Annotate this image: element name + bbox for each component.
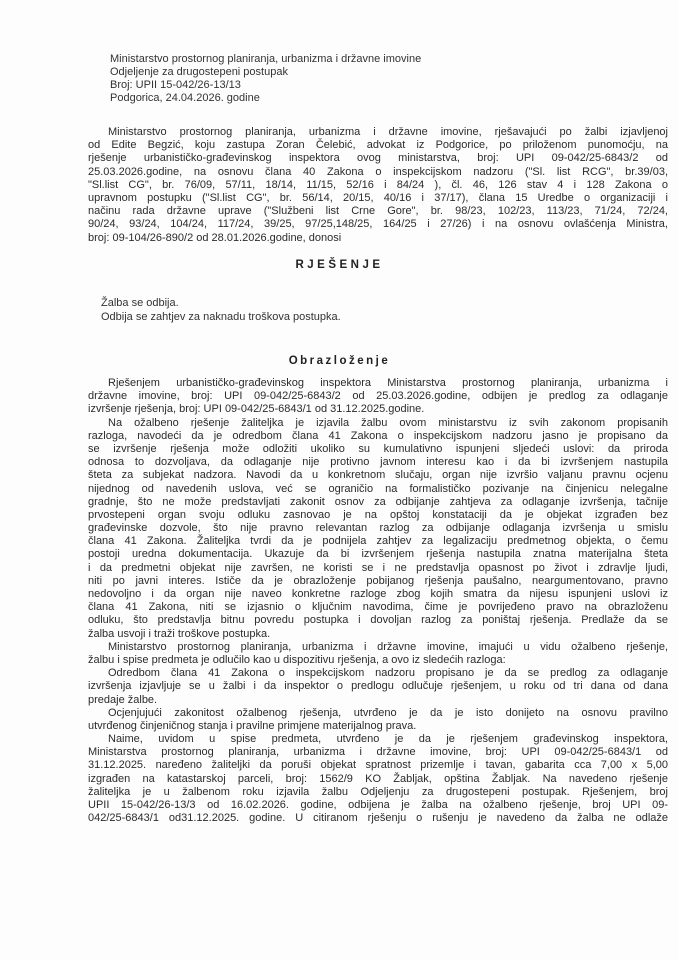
text-line: žalbu i spise predmeta je odlučilo kao u…: [88, 654, 668, 667]
document-header: Ministarstvo prostornog planiranja, urba…: [110, 53, 421, 105]
text-line: Ministarstvo prostornog planiranja, urba…: [88, 126, 668, 139]
dispositive-item: Žalba se odbija.: [101, 296, 341, 310]
text-line: predaje žalbe.: [88, 694, 668, 707]
text-line: utvrđenog činjeničnog stanja i pravilne …: [88, 720, 668, 733]
text-line: se izvršenje rješenja može odložiti ukol…: [88, 443, 668, 456]
text-line: upravnom postupku ("Sl.list CG", br. 56/…: [88, 192, 668, 205]
text-line: Ministarstvo prostornog planiranja, urba…: [88, 641, 668, 654]
text-line: UPII 15-042/26-13/3 od 16.02.2026. godin…: [88, 799, 668, 812]
reasoning-title: Obrazloženje: [0, 355, 679, 367]
text-line: razloga, navodeći da je odredbom člana 4…: [88, 430, 668, 443]
text-line: Na ožalbeno rješenje žaliteljka je izjav…: [88, 417, 668, 430]
text-line: nijednog od navedenih uslova, već se ogr…: [88, 483, 668, 496]
text-line: 042/25-6843/1 od31.12.2025. godine. U ci…: [88, 812, 668, 825]
dispositive-item: Odbija se zahtjev za naknadu troškova po…: [101, 310, 341, 324]
text-line: Ocjenjujući zakonitost ožalbenog rješenj…: [88, 707, 668, 720]
header-case-number: Broj: UPII 15-042/26-13/13: [110, 79, 421, 92]
text-line: člana 41 Zakona. Žaliteljka tvrdi da je …: [88, 535, 668, 548]
text-line: gradnje, što ne može predstavljati zakon…: [88, 496, 668, 509]
text-line: rješenje urbanističko-građevinskog inspe…: [88, 152, 668, 165]
decision-title: RJEŠENJE: [0, 259, 679, 271]
header-ministry: Ministarstvo prostornog planiranja, urba…: [110, 53, 421, 66]
document-page: Ministarstvo prostornog planiranja, urba…: [0, 0, 679, 960]
text-line: Ministarstva prostornog planiranja, urba…: [88, 746, 668, 759]
text-line: državne imovine, broj: UPI 09-042/25-684…: [88, 390, 668, 403]
text-line: člana 41 Zakona, niti se izjasnio o klju…: [88, 601, 668, 614]
text-line: od Edite Begzić, koju zastupa Zoran Čele…: [88, 139, 668, 152]
text-line: niti po javni interes. Ističe da je obra…: [88, 575, 668, 588]
text-line: izvršenje rješenja, broj: UPI 09-042/25-…: [88, 403, 668, 416]
reasoning-body: Rješenjem urbanističko-građevinskog insp…: [88, 377, 668, 825]
text-line: 25.03.2026.godine, na osnovu člana 40 Za…: [88, 166, 668, 179]
text-line: i da predmetni objekat nije završen, ne …: [88, 562, 668, 575]
text-line: broj: 09-104/26-890/2 od 28.01.2026.godi…: [88, 232, 668, 245]
text-line: nedovoljno i da organ nije naveo konkret…: [88, 588, 668, 601]
text-line: 90/24, 93/24, 104/24, 117/24, 39/25, 97/…: [88, 218, 668, 231]
text-line: načinu rada državne uprave ("Službeni li…: [88, 205, 668, 218]
text-line: šteta za subjekat nadzora. Navodi da u k…: [88, 469, 668, 482]
text-line: Odredbom člana 41 Zakona o inspekcijskom…: [88, 667, 668, 680]
text-line: izvršenja izjavljuje se u žalbi i da ins…: [88, 680, 668, 693]
text-line: "Sl.list CG", br. 76/09, 57/11, 18/14, 1…: [88, 179, 668, 192]
text-line: odluku, što predstavlja bitnu povredu po…: [88, 614, 668, 627]
text-line: prvostepeni organ svoju odluku zasnovao …: [88, 509, 668, 522]
text-line: odnosa to dozvoljava, da odlaganje nije …: [88, 456, 668, 469]
text-line: 31.12.2025. naređeno žaliteljki da poruš…: [88, 759, 668, 772]
text-line: žaliteljka je u žalbenom roku izjavila ž…: [88, 786, 668, 799]
dispositive: Žalba se odbija. Odbija se zahtjev za na…: [101, 296, 341, 324]
text-line: Rješenjem urbanističko-građevinskog insp…: [88, 377, 668, 390]
text-line: Naime, uvidom u spise predmeta, utvrđeno…: [88, 733, 668, 746]
text-line: građevinske dozvole, što nije pravno rel…: [88, 522, 668, 535]
text-line: žalba usvoji i traži troškove postupka.: [88, 628, 668, 641]
intro-paragraph: Ministarstvo prostornog planiranja, urba…: [88, 126, 668, 245]
header-department: Odjeljenje za drugostepeni postupak: [110, 66, 421, 79]
header-place-date: Podgorica, 24.04.2026. godine: [110, 92, 421, 105]
text-line: postoji uredna dokumentacija. Ukazuje da…: [88, 548, 668, 561]
text-line: izgrađen na katastarskoj parceli, broj: …: [88, 773, 668, 786]
